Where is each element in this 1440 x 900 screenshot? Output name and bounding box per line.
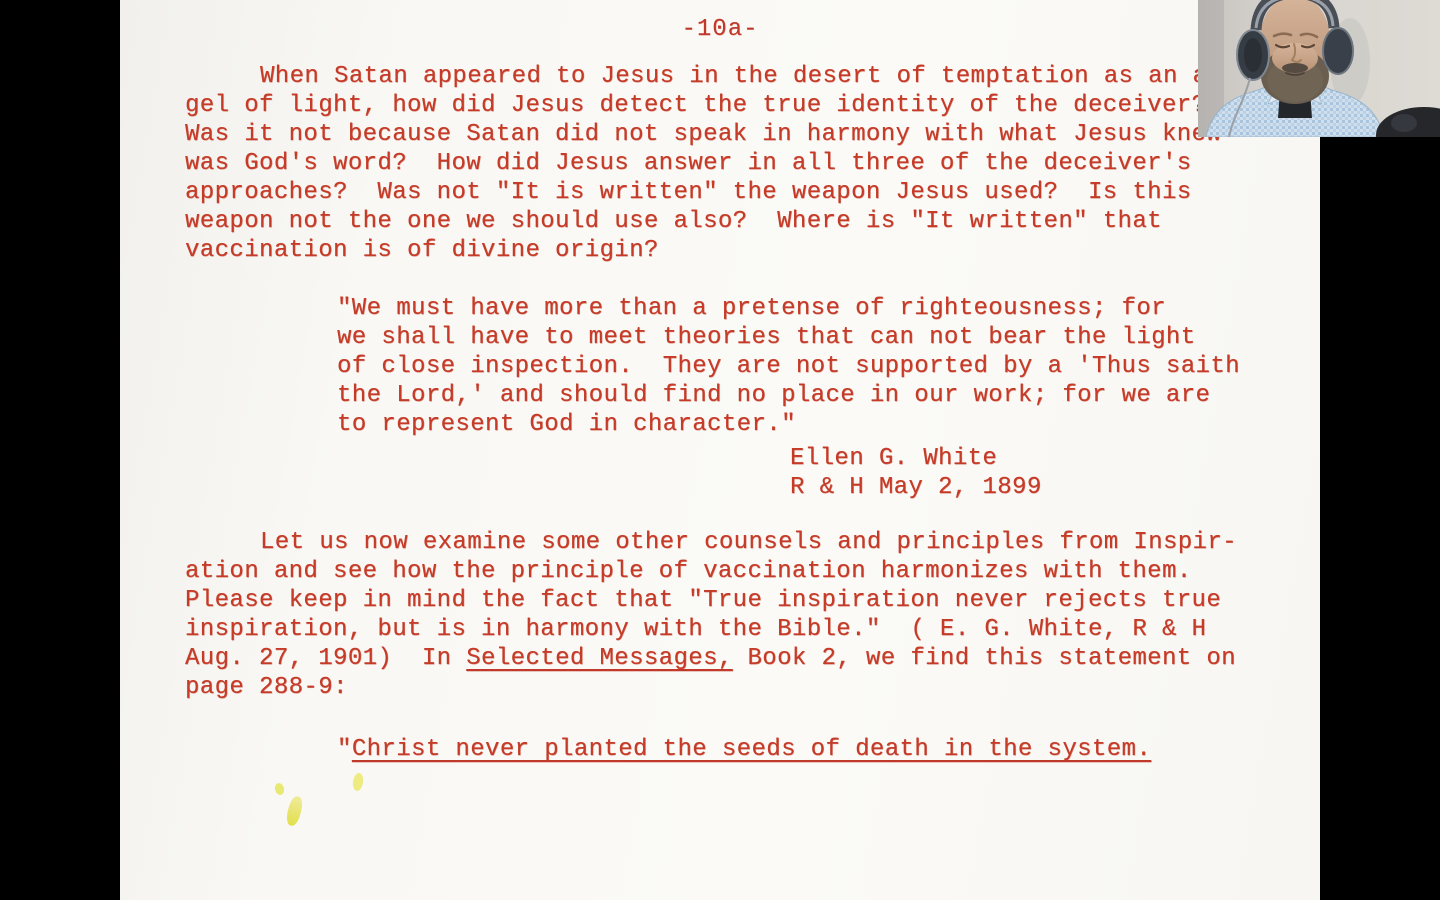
text-line: we shall have to meet theories that can … [337,323,1240,352]
paragraph-satan-desert: When Satan appeared to Jesus in the dese… [185,62,1237,265]
text-line: gel of light, how did Jesus detect the t… [185,91,1237,120]
underlined-quote-text: Christ never planted the seeds of death … [352,736,1151,763]
text-line: vaccination is of divine origin? [185,236,1237,265]
text-line: Was it not because Satan did not speak i… [185,120,1237,149]
text-line: weapon not the one we should use also? W… [185,207,1237,236]
text-line-underlined-quote: "Christ never planted the seeds of death… [337,735,1151,764]
highlighter-speck [352,772,364,791]
scanned-document-page: -10a- When Satan appeared to Jesus in th… [120,0,1320,900]
page-number: -10a- [120,16,1320,43]
text-segment: Aug. 27, 1901) In [185,645,466,672]
attribution-source: R & H May 2, 1899 [790,473,1042,502]
text-line: of close inspection. They are not suppor… [337,352,1240,381]
presenter-video [1198,0,1440,137]
text-line: Please keep in mind the fact that "True … [185,586,1237,615]
text-line-selected-messages: Aug. 27, 1901) In Selected Messages, Boo… [185,644,1237,673]
highlighter-speck [285,795,305,827]
paragraph-examine-counsels: Let us now examine some other counsels a… [185,528,1237,702]
text-line: Let us now examine some other counsels a… [185,528,1237,557]
text-line: page 288-9: [185,673,1237,702]
text-line: the Lord,' and should find no place in o… [337,381,1240,410]
blockquote-christ-seeds: "Christ never planted the seeds of death… [337,735,1151,764]
text-segment: " [337,736,352,763]
webcam-overlay [1198,0,1440,137]
text-line: inspiration, but is in harmony with the … [185,615,1237,644]
text-line: "We must have more than a pretense of ri… [337,294,1240,323]
text-segment: Book 2, we find this statement on [733,645,1236,672]
quote-attribution: Ellen G. White R & H May 2, 1899 [790,444,1042,502]
mustache [1282,63,1308,73]
video-frame: { "colors": { "ink": "#c53b28", "page_ba… [0,0,1440,900]
highlighter-speck [274,782,286,796]
text-line: approaches? Was not "It is written" the … [185,178,1237,207]
text-line: When Satan appeared to Jesus in the dese… [185,62,1237,91]
attribution-author: Ellen G. White [790,444,1042,473]
text-line: was God's word? How did Jesus answer in … [185,149,1237,178]
text-line: to represent God in character." [337,410,1240,439]
blockquote-pretense-righteousness: "We must have more than a pretense of ri… [337,294,1240,439]
text-line: ation and see how the principle of vacci… [185,557,1237,586]
underlined-book-title: Selected Messages, [466,645,732,672]
